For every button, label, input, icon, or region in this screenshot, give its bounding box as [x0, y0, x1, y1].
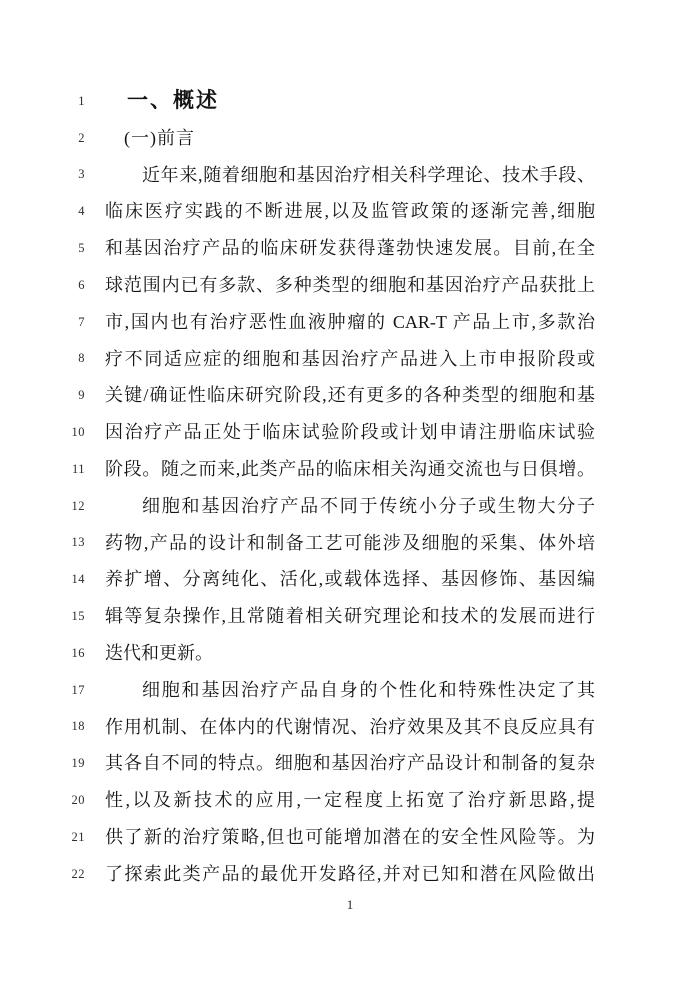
line-text: 关键/确证性临床研究阶段,还有更多的各种类型的细胞和基: [105, 385, 595, 406]
line-text: 一、概述: [105, 89, 595, 113]
line-text: 作用机制、在体内的代谢情况、治疗效果及其不良反应具有: [105, 717, 595, 738]
line-number: 14: [0, 572, 85, 587]
line-text: 辑等复杂操作,且常随着相关研究理论和技术的发展而进行: [105, 606, 595, 627]
line-number: 6: [0, 278, 85, 293]
line-number: 5: [0, 241, 85, 256]
document-body: 1一、概述2(一)前言3近年来,随着细胞和基因治疗相关科学理论、技术手段、4临床…: [0, 83, 700, 893]
line-number: 10: [0, 425, 85, 440]
text-line-row: 10因治疗产品正处于临床试验阶段或计划申请注册临床试验: [0, 414, 700, 451]
line-number: 2: [0, 131, 85, 146]
text-line-row: 20性,以及新技术的应用,一定程度上拓宽了治疗新思路,提: [0, 782, 700, 819]
page-footer: 1: [0, 896, 700, 914]
text-line-row: 12细胞和基因治疗产品不同于传统小分子或生物大分子: [0, 488, 700, 525]
line-number: 17: [0, 683, 85, 698]
text-line-row: 18作用机制、在体内的代谢情况、治疗效果及其不良反应具有: [0, 709, 700, 746]
line-text: 性,以及新技术的应用,一定程度上拓宽了治疗新思路,提: [105, 790, 595, 811]
text-line-row: 15辑等复杂操作,且常随着相关研究理论和技术的发展而进行: [0, 598, 700, 635]
text-line-row: 21供了新的治疗策略,但也可能增加潜在的安全性风险等。为: [0, 819, 700, 856]
line-number: 8: [0, 351, 85, 366]
text-line-row: 16迭代和更新。: [0, 635, 700, 672]
text-line-row: 7市,国内也有治疗恶性血液肿瘤的 CAR-T 产品上市,多款治: [0, 304, 700, 341]
text-line-row: 14养扩增、分离纯化、活化,或载体选择、基因修饰、基因编: [0, 561, 700, 598]
line-number: 4: [0, 204, 85, 219]
line-text: 养扩增、分离纯化、活化,或载体选择、基因修饰、基因编: [105, 569, 595, 590]
document-page: 1一、概述2(一)前言3近年来,随着细胞和基因治疗相关科学理论、技术手段、4临床…: [0, 0, 700, 990]
text-line-row: 13药物,产品的设计和制备工艺可能涉及细胞的采集、体外培: [0, 525, 700, 562]
line-text: 和基因治疗产品的临床研发获得蓬勃快速发展。目前,在全: [105, 238, 595, 259]
line-text: 因治疗产品正处于临床试验阶段或计划申请注册临床试验: [105, 422, 595, 443]
line-number: 3: [0, 167, 85, 182]
text-line-row: 6球范围内已有多款、多种类型的细胞和基因治疗产品获批上: [0, 267, 700, 304]
page-number: 1: [347, 897, 354, 912]
line-text: 细胞和基因治疗产品自身的个性化和特殊性决定了其: [105, 680, 595, 701]
line-number: 11: [0, 462, 85, 477]
line-number: 16: [0, 646, 85, 661]
text-line-row: 9关键/确证性临床研究阶段,还有更多的各种类型的细胞和基: [0, 377, 700, 414]
text-line-row: 22了探索此类产品的最优开发路径,并对已知和潜在风险做出: [0, 856, 700, 893]
line-number: 22: [0, 867, 85, 882]
line-text: 球范围内已有多款、多种类型的细胞和基因治疗产品获批上: [105, 275, 595, 296]
line-number: 9: [0, 388, 85, 403]
line-text: 了探索此类产品的最优开发路径,并对已知和潜在风险做出: [105, 864, 595, 885]
text-line-row: 19其各自不同的特点。细胞和基因治疗产品设计和制备的复杂: [0, 745, 700, 782]
line-text: 供了新的治疗策略,但也可能增加潜在的安全性风险等。为: [105, 827, 595, 848]
line-number: 13: [0, 535, 85, 550]
line-number: 19: [0, 756, 85, 771]
line-text: 细胞和基因治疗产品不同于传统小分子或生物大分子: [105, 496, 595, 517]
line-number: 7: [0, 315, 85, 330]
line-number: 20: [0, 793, 85, 808]
text-line-row: 17细胞和基因治疗产品自身的个性化和特殊性决定了其: [0, 672, 700, 709]
line-text: 迭代和更新。: [105, 643, 595, 664]
text-line-row: 2(一)前言: [0, 120, 700, 157]
line-text: 药物,产品的设计和制备工艺可能涉及细胞的采集、体外培: [105, 533, 595, 554]
text-line-row: 4临床医疗实践的不断进展,以及监管政策的逐渐完善,细胞: [0, 193, 700, 230]
line-number: 1: [0, 94, 85, 109]
line-number: 12: [0, 499, 85, 514]
line-text: 近年来,随着细胞和基因治疗相关科学理论、技术手段、: [105, 165, 595, 186]
line-text: 阶段。随之而来,此类产品的临床相关沟通交流也与日俱增。: [105, 459, 595, 480]
text-line-row: 1一、概述: [0, 83, 700, 120]
line-number: 21: [0, 830, 85, 845]
text-line-row: 8疗不同适应症的细胞和基因治疗产品进入上市申报阶段或: [0, 341, 700, 378]
line-text: 临床医疗实践的不断进展,以及监管政策的逐渐完善,细胞: [105, 201, 595, 222]
line-text: 其各自不同的特点。细胞和基因治疗产品设计和制备的复杂: [105, 753, 595, 774]
line-text: (一)前言: [105, 128, 595, 149]
line-number: 15: [0, 609, 85, 624]
text-line-row: 3近年来,随着细胞和基因治疗相关科学理论、技术手段、: [0, 157, 700, 194]
line-number: 18: [0, 719, 85, 734]
text-line-row: 5和基因治疗产品的临床研发获得蓬勃快速发展。目前,在全: [0, 230, 700, 267]
line-text: 疗不同适应症的细胞和基因治疗产品进入上市申报阶段或: [105, 349, 595, 370]
line-text: 市,国内也有治疗恶性血液肿瘤的 CAR-T 产品上市,多款治: [105, 312, 595, 333]
text-line-row: 11阶段。随之而来,此类产品的临床相关沟通交流也与日俱增。: [0, 451, 700, 488]
